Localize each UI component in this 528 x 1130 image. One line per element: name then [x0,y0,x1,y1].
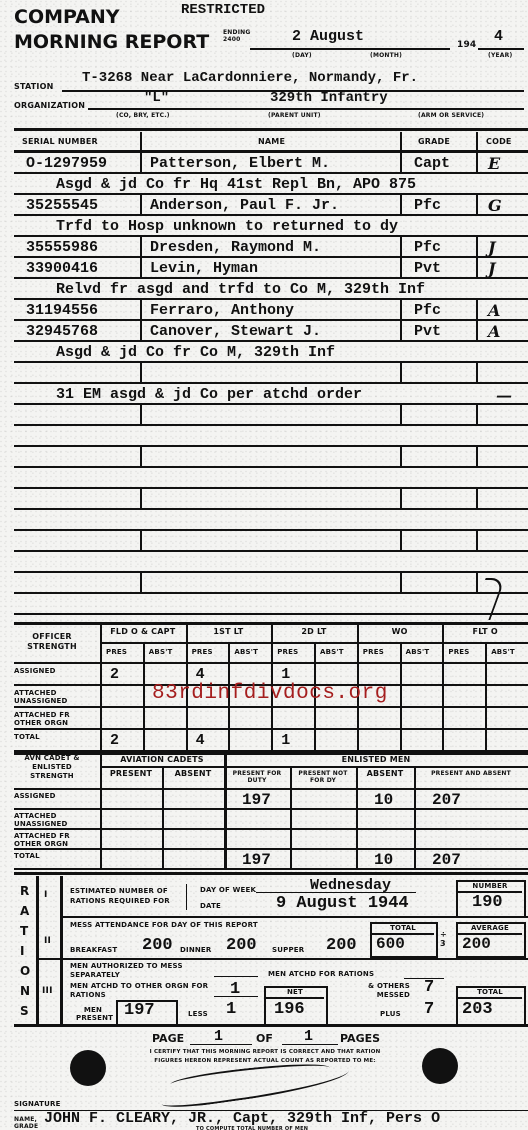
column-divider [400,447,402,466]
code-mark[interactable]: J [488,259,496,278]
underline [214,976,258,977]
grade[interactable]: Pvt [414,260,441,277]
grade[interactable]: Pvt [414,323,441,340]
section-rule [36,958,528,960]
column-divider [140,195,142,214]
blank-row-rule [14,487,528,489]
subcol-divider [162,766,164,868]
enlisted-subcol-header: PRESENT AND ABSENT [417,770,525,777]
name-grade-label: NAME, GRADE [14,1116,40,1130]
station-label: STATION [14,82,54,91]
column-divider [140,363,142,382]
net-label: NET [266,988,324,996]
officer-subcol-header: PRES [448,648,469,656]
column-divider [476,153,478,172]
column-divider [140,132,142,150]
subcol-divider [290,766,292,868]
row-rule [14,808,528,810]
report-day-month: 2 August [292,28,364,45]
less-value[interactable]: 1 [226,1000,236,1019]
officer-subcol-header: ABS'T [149,648,173,656]
row-rule [14,706,528,708]
section-rule [14,1024,528,1027]
year-prefix: 194 [457,40,476,50]
officer-subcol-header: PRES [106,648,127,656]
aviation-cadets-header: AVIATION CADETS [104,755,220,764]
row-rule [14,193,528,195]
serial-number[interactable]: O-1297959 [26,155,107,172]
officer-group-header: FLT O [446,627,524,636]
average-label: AVERAGE [458,924,522,932]
supper-label: SUPPER [272,946,304,954]
enlisted-count[interactable]: 197 [242,851,271,869]
blank-row-rule [14,508,528,510]
grade[interactable]: Pfc [414,239,441,256]
date-field[interactable]: 2 August [250,28,450,50]
blank-row-rule [14,613,528,615]
form-title-morning-report: MORNING REPORT [14,31,209,53]
section-numeral: II [44,936,51,946]
row-rule [14,298,528,300]
enlisted-subcol-header: PRESENT [103,770,159,777]
punch-hole-left [70,1050,106,1086]
column-divider [476,573,478,592]
enlisted-subcol-header: PRESENT FOR DUTY [227,770,287,784]
row-rule [14,848,528,850]
men-present-label: MEN PRESENT [76,1006,110,1022]
others-messed-label: & OTHERS MESSED [340,982,410,1000]
blank-row-rule [14,529,528,531]
soldier-name[interactable]: Ferraro, Anthony [150,302,294,319]
column-divider [140,405,142,424]
row-rule [14,340,528,342]
pages-label: PAGES [340,1032,380,1045]
rations-side-letter: A [20,904,29,918]
row-rule [14,172,528,174]
unit-value: 329th Infantry [270,90,388,106]
serial-number[interactable]: 31194556 [26,302,98,319]
column-divider [476,237,478,256]
ration-date-value[interactable]: 9 August 1944 [276,894,409,913]
roster-top-rule [14,128,528,131]
grade[interactable]: Pfc [414,197,441,214]
header-rule [14,662,528,664]
breakfast-label: BREAKFAST [70,946,117,954]
serial-number[interactable]: 35255545 [26,197,98,214]
organization-label: ORGANIZATION [14,101,85,110]
column-divider [400,237,402,256]
atchd-other-orgn-label: MEN ATCHD TO OTHER ORGN FOR RATIONS [70,982,220,1000]
rations-side-letter: N [20,984,30,998]
code-mark[interactable]: A [488,322,500,341]
group-rule [100,766,528,768]
column-divider [400,573,402,592]
row-rule [14,256,528,258]
blank-row-rule [14,424,528,426]
column-divider [140,321,142,340]
form-title-company: COMPANY [14,6,120,28]
column-divider [476,489,478,508]
subcol-divider [143,642,145,750]
arm-sublabel: (ARM OR SERVICE) [418,112,484,119]
rations-divider [36,876,39,1024]
grade[interactable]: Capt [414,155,450,172]
row-label: ATTACHED FR OTHER ORGN [14,832,84,848]
rations-divider [60,876,63,1024]
row-label: ATTACHED UNASSIGNED [14,689,84,705]
station-field[interactable]: T-3268 Near LaCardonniere, Normandy, Fr. [62,70,524,92]
page-number[interactable]: 1 [214,1028,223,1045]
row-rule [14,868,528,870]
officer-subcol-header: ABS'T [491,648,515,656]
rations-side-letter: R [20,884,29,898]
officer-count[interactable]: 2 [110,732,119,749]
of-label: OF [256,1032,273,1045]
remark-text[interactable]: Asgd & jd Co fr Hq 41st Repl Bn, APO 875 [56,176,416,193]
atchd-for-rations-label: MEN ATCHD FOR RATIONS [268,970,374,978]
underline [256,892,416,893]
code-mark[interactable]: J [488,238,496,257]
row-label: ASSIGNED [14,792,84,800]
subcol-divider [414,766,416,868]
rations-estimate-label: ESTIMATED NUMBER OF RATIONS REQUIRED FOR [70,886,180,906]
enlisted-men-header: ENLISTED MEN [228,755,524,764]
column-divider [476,363,478,382]
brace-line [186,884,187,910]
enlisted-subcol-header: ABSENT [165,770,221,777]
officer-group-header: WO [361,627,439,636]
code-mark[interactable]: A [488,301,500,320]
total-pages[interactable]: 1 [304,1028,313,1045]
rations-side-letter: O [20,964,30,978]
watermark: 83rdinfdivdocs.org [152,682,388,705]
report-year: 4 [494,28,503,45]
total-label: TOTAL [458,988,522,996]
officer-subcol-header: ABS'T [234,648,258,656]
mess-separately-label: MEN AUTHORIZED TO MESS SEPARATELY [70,962,220,980]
row-label: ASSIGNED [14,667,84,675]
column-divider [140,258,142,277]
column-header-code: CODE [486,137,512,146]
officer-subcol-header: PRES [192,648,213,656]
row-label: ATTACHED FR OTHER ORGN [14,711,84,727]
row-rule [14,828,528,830]
column-divider [400,132,402,150]
officer-group-header: 1ST LT [190,627,268,636]
remark-text[interactable]: Trfd to Hosp unknown to returned to dy [56,218,398,235]
serial-number[interactable]: 33900416 [26,260,98,277]
column-divider [400,195,402,214]
column-divider [140,153,142,172]
mess-attendance-label: MESS ATTENDANCE FOR DAY OF THIS REPORT [70,921,258,929]
soldier-name[interactable]: Anderson, Paul F. Jr. [150,197,339,214]
year-field[interactable]: 4 [478,28,524,50]
year-sublabel: (YEAR) [488,52,512,59]
net-value[interactable]: 196 [274,1000,305,1019]
enlisted-subcol-header: PRESENT NOT FOR DY [293,770,353,784]
average-value[interactable]: 200 [462,935,491,953]
rations-total-value[interactable]: 203 [462,1000,493,1019]
row-rule [14,361,528,363]
station-value: T-3268 Near LaCardonniere, Normandy, Fr. [82,70,418,86]
footer-sublabel: TO COMPUTE TOTAL NUMBER OF MEN [196,1126,308,1130]
code-mark[interactable]: G [488,196,502,215]
row-rule [14,728,528,730]
serial-number[interactable]: 35555986 [26,239,98,256]
column-divider [476,321,478,340]
soldier-name[interactable]: Dresden, Raymond M. [150,239,321,256]
date-label: DATE [200,902,221,910]
column-divider [140,531,142,550]
officer-count[interactable]: 4 [196,732,205,749]
page-label: PAGE [152,1032,184,1045]
row-rule [14,403,528,405]
enlisted-strength-title: AVN CADET & ENLISTED STRENGTH [22,754,82,781]
day-of-week-label: DAY OF WEEK [200,886,256,894]
row-label: ATTACHED UNASSIGNED [14,812,84,828]
column-divider [400,300,402,319]
organization-field[interactable]: "L" 329th Infantry [88,90,524,110]
mess-total-value[interactable]: 600 [376,935,405,953]
divisor: ÷ 3 [440,930,452,948]
day-sublabel: (DAY) [292,52,312,59]
number-value[interactable]: 190 [472,893,503,912]
blank-row-rule [14,466,528,468]
column-header-grade: GRADE [418,137,450,146]
month-sublabel: (MONTH) [370,52,402,59]
section-numeral: III [42,986,53,996]
column-divider [140,237,142,256]
column-header-name: NAME [258,137,285,146]
soldier-name[interactable]: Patterson, Elbert M. [150,155,330,172]
total-label: TOTAL [372,924,434,932]
section-rule [60,916,528,918]
serial-number[interactable]: 32945768 [26,323,98,340]
co-sublabel: (CO, BRY, ETC.) [116,112,170,119]
column-divider [476,447,478,466]
enlisted-subcol-header: ABSENT [359,770,411,777]
officer-group-header: FLD O & CAPT [104,627,182,636]
row-label: TOTAL [14,733,84,741]
column-divider [140,489,142,508]
soldier-name[interactable]: Canover, Stewart J. [150,323,321,340]
enlisted-count[interactable]: 197 [242,791,271,809]
column-divider [400,153,402,172]
dinner-value[interactable]: 200 [226,936,257,955]
remark-text[interactable]: 31 EM asgd & jd Co per atchd order [56,386,362,403]
plus-value[interactable]: 7 [424,1000,434,1019]
section-rule [14,872,528,875]
officer-count[interactable]: 1 [281,732,290,749]
column-divider [400,489,402,508]
signature-label: SIGNATURE [14,1100,61,1108]
officer-group-header: 2D LT [275,627,353,636]
enlisted-count[interactable]: 207 [432,791,461,809]
less-label: LESS [188,1010,208,1018]
column-divider [140,573,142,592]
column-divider [476,258,478,277]
underline [214,996,258,997]
column-divider [400,258,402,277]
officer-subcol-header: ABS'T [406,648,430,656]
row-rule [14,382,528,384]
section-numeral: I [44,890,48,900]
ending-label: ENDING 2400 [223,29,247,43]
subcol-divider [400,642,402,750]
breakfast-value[interactable]: 200 [142,936,173,955]
code-mark[interactable]: E [488,154,500,173]
officer-subcol-header: PRES [277,648,298,656]
column-divider [400,363,402,382]
officer-count[interactable]: 4 [196,666,205,683]
subcol-divider [485,642,487,750]
column-divider [400,531,402,550]
column-divider [476,300,478,319]
rations-side-letter: S [20,1004,29,1018]
column-divider [476,195,478,214]
company-value: "L" [144,90,169,106]
column-divider [400,405,402,424]
column-divider [476,132,478,150]
enlisted-count[interactable]: 207 [432,851,461,869]
rations-side-letter: T [20,924,28,938]
number-label: NUMBER [458,882,522,890]
soldier-name[interactable]: Levin, Hyman [150,260,258,277]
officer-subcol-header: PRES [363,648,384,656]
column-divider [140,447,142,466]
remark-text[interactable]: Relvd fr asgd and trfd to Co M, 329th In… [56,281,425,298]
column-divider [476,405,478,424]
blank-row-rule [14,550,528,552]
column-divider [140,300,142,319]
classification-stamp: RESTRICTED [181,2,265,18]
group-divider [100,752,102,868]
row-rule [14,235,528,237]
parent-sublabel: (PARENT UNIT) [268,112,321,119]
grade[interactable]: Pfc [414,302,441,319]
plus-label: PLUS [380,1010,401,1018]
others-messed-value[interactable]: 7 [424,978,434,997]
supper-value[interactable]: 200 [326,936,357,955]
box-rule [266,997,324,999]
certification-text: I CERTIFY THAT THIS MORNING REPORT IS CO… [140,1048,390,1066]
blank-row-rule [14,592,528,594]
men-present-value[interactable]: 197 [124,1001,155,1020]
signed-name[interactable]: JOHN F. CLEARY, JR., Capt, 329th Inf, Pe… [44,1110,440,1127]
officer-strength-title: OFFICER STRENGTH [22,632,82,652]
dinner-label: DINNER [180,946,212,954]
header-rule [14,150,528,153]
row-label: TOTAL [14,852,84,860]
officer-count[interactable]: 2 [110,666,119,683]
remark-text[interactable]: Asgd & jd Co fr Co M, 329th Inf [56,344,335,361]
row-rule [14,319,528,321]
officer-count[interactable]: 1 [281,666,290,683]
blank-row-rule [14,571,528,573]
column-header-serial: SERIAL NUMBER [22,137,98,146]
column-divider [400,321,402,340]
row-rule [14,214,528,216]
blank-row-rule [14,445,528,447]
enlisted-count[interactable]: 10 [374,791,393,809]
rations-side-letter: I [20,944,24,958]
subcol-divider [356,766,358,868]
row-rule [14,277,528,279]
box-rule [458,997,522,999]
officer-subcol-header: ABS'T [320,648,344,656]
enlisted-count[interactable]: 10 [374,851,393,869]
column-divider [476,531,478,550]
header-rule [14,788,528,790]
punch-hole-right [422,1048,458,1084]
